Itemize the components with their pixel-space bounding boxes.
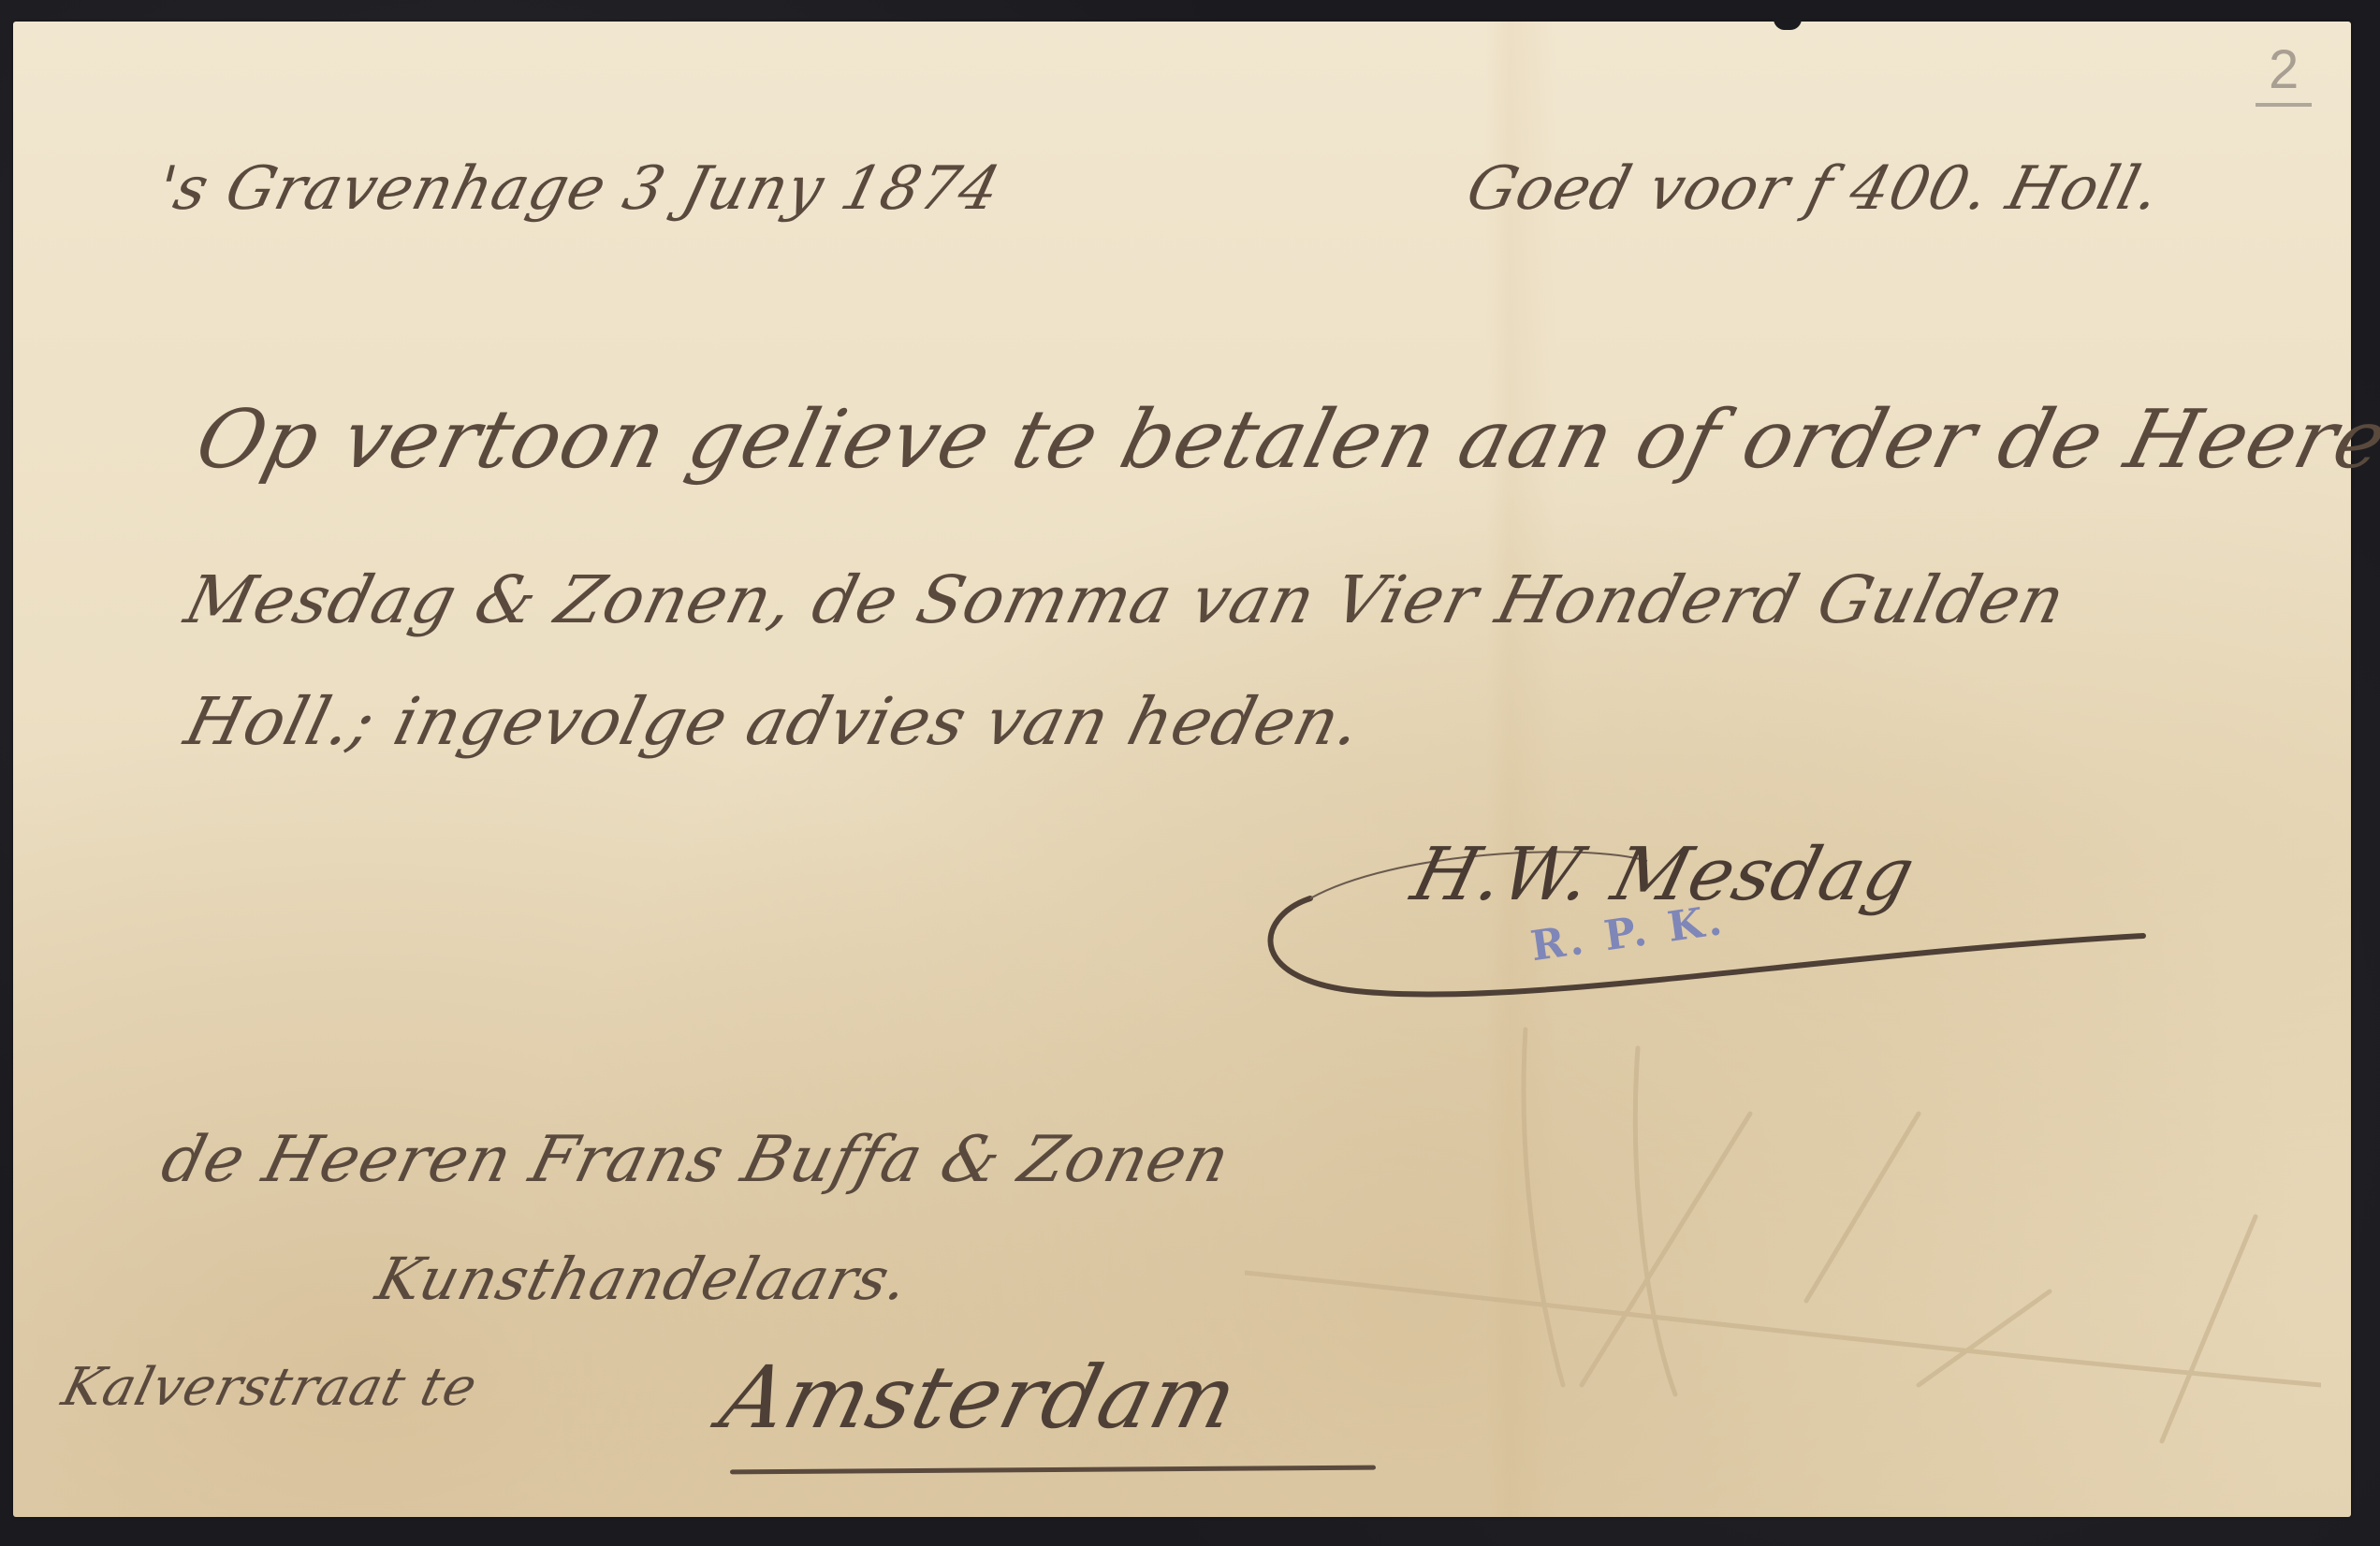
faint-offset-writing <box>1245 992 2321 1460</box>
addressee-profession: Kunsthandelaars. <box>370 1245 916 1313</box>
body-line-2: Mesdag & Zonen, de Somma van Vier Honder… <box>178 562 2073 638</box>
place-date: 's Gravenhage 3 Juny 1874 <box>150 154 1007 224</box>
page-number: 2 <box>2256 37 2312 107</box>
amount-header: Goed voor f 400. Holl. <box>1460 154 2168 224</box>
body-line-1: Op vertoon gelieve te betalen aan of ord… <box>187 393 2380 487</box>
addressee: de Heeren Frans Buffa & Zonen <box>154 1123 1237 1197</box>
body-line-3: Holl.; ingevolge advies van heden. <box>178 683 1370 760</box>
addressee-street: Kalverstraat te <box>56 1357 484 1418</box>
addressee-city: Amsterdam <box>711 1348 1248 1448</box>
